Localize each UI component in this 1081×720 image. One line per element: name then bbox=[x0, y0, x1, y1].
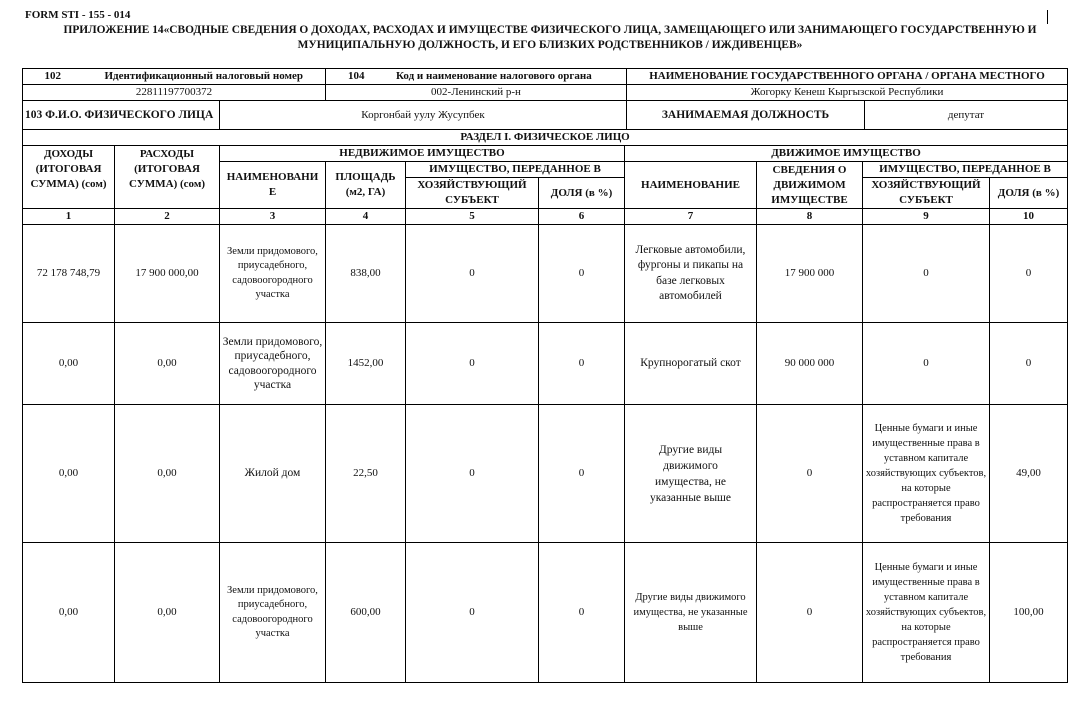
re-area-cell: 600,00 bbox=[326, 543, 406, 683]
header-mv-info: СВЕДЕНИЯ О ДВИЖИМОМ ИМУЩЕСТВЕ bbox=[757, 162, 863, 209]
header-movable: ДВИЖИМОЕ ИМУЩЕСТВО bbox=[625, 146, 1068, 162]
expenses-cell: 0,00 bbox=[115, 405, 220, 543]
mv-name-cell: Легковые автомобили, фургоны и пикапы на… bbox=[625, 225, 757, 323]
document-title-line-2: МУНИЦИПАЛЬНУЮ ДОЛЖНОСТЬ, И ЕГО БЛИЗКИХ Р… bbox=[30, 38, 1070, 53]
position-value: депутат bbox=[865, 101, 1068, 130]
column-number: 6 bbox=[539, 209, 625, 225]
mv-share-cell: 49,00 bbox=[990, 405, 1068, 543]
header-re-area: ПЛОЩАДЬ (м2, ГА) bbox=[326, 162, 406, 209]
re-entity-cell: 0 bbox=[406, 543, 539, 683]
header-mv-entity: ХОЗЯЙСТВУЮЩИЙ СУБЪЕКТ bbox=[863, 178, 990, 209]
re-area-cell: 22,50 bbox=[326, 405, 406, 543]
expenses-cell: 0,00 bbox=[115, 543, 220, 683]
form-code: FORM STI - 155 - 014 bbox=[25, 9, 130, 21]
expenses-cell: 0,00 bbox=[115, 323, 220, 405]
income-cell: 0,00 bbox=[23, 323, 115, 405]
mv-entity-cell: Ценные бумаги и иные имущественные права… bbox=[863, 405, 990, 543]
re-name-cell: Земли придомового, приусадебного, садово… bbox=[220, 323, 326, 405]
document-title: ПРИЛОЖЕНИЕ 14«СВОДНЫЕ СВЕДЕНИЯ О ДОХОДАХ… bbox=[30, 23, 1070, 53]
mv-info-cell: 0 bbox=[757, 405, 863, 543]
field-102-label: Идентификационный налоговый номер bbox=[83, 69, 326, 85]
header-real-estate: НЕДВИЖИМОЕ ИМУЩЕСТВО bbox=[220, 146, 625, 162]
column-number: 5 bbox=[406, 209, 539, 225]
re-share-cell: 0 bbox=[539, 225, 625, 323]
column-number: 8 bbox=[757, 209, 863, 225]
re-area-cell: 838,00 bbox=[326, 225, 406, 323]
table-row: 0,00 0,00 Земли придомового, приусадебно… bbox=[23, 323, 1068, 405]
mv-share-cell: 100,00 bbox=[990, 543, 1068, 683]
re-name-cell: Земли придомового, приусадебного, садово… bbox=[220, 543, 326, 683]
mv-info-cell: 17 900 000 bbox=[757, 225, 863, 323]
mv-entity-cell: 0 bbox=[863, 225, 990, 323]
page-edge-mark bbox=[1047, 10, 1048, 24]
organ-label: НАИМЕНОВАНИЕ ГОСУДАРСТВЕННОГО ОРГАНА / О… bbox=[627, 69, 1068, 85]
header-expenses: РАСХОДЫ (ИТОГОВАЯ СУММА) (сом) bbox=[115, 146, 220, 209]
header-income: ДОХОДЫ (ИТОГОВАЯ СУММА) (сом) bbox=[23, 146, 115, 209]
income-cell: 72 178 748,79 bbox=[23, 225, 115, 323]
re-share-cell: 0 bbox=[539, 323, 625, 405]
header-re-name: НАИМЕНОВАНИ Е bbox=[220, 162, 326, 209]
organ-value: Жогорку Кенеш Кыргызской Республики bbox=[627, 85, 1068, 101]
field-104-header: 104 Код и наименование налогового органа bbox=[326, 69, 627, 85]
column-number: 1 bbox=[23, 209, 115, 225]
header-mv-name: НАИМЕНОВАНИЕ bbox=[625, 162, 757, 209]
column-number: 7 bbox=[625, 209, 757, 225]
re-entity-cell: 0 bbox=[406, 323, 539, 405]
field-103-value: Коргонбай уулу Жусупбек bbox=[220, 101, 627, 130]
header-re-share: ДОЛЯ (в %) bbox=[539, 178, 625, 209]
field-102-value: 22811197700372 bbox=[23, 85, 326, 101]
field-104-code: 104 bbox=[348, 70, 365, 82]
column-number: 2 bbox=[115, 209, 220, 225]
field-103-label: 103 Ф.И.О. ФИЗИЧЕСКОГО ЛИЦА bbox=[23, 101, 220, 130]
column-number: 10 bbox=[990, 209, 1068, 225]
position-label: ЗАНИМАЕМАЯ ДОЛЖНОСТЬ bbox=[627, 101, 865, 130]
mv-name-cell: Другие виды движимого имущества, не указ… bbox=[625, 405, 757, 543]
column-number-row: 1 2 3 4 5 6 7 8 9 10 bbox=[23, 209, 1068, 225]
re-area-cell: 1452,00 bbox=[326, 323, 406, 405]
field-104-value: 002-Ленинский р-н bbox=[326, 85, 627, 101]
header-re-transferred: ИМУЩЕСТВО, ПЕРЕДАННОЕ В bbox=[406, 162, 625, 178]
mv-info-cell: 90 000 000 bbox=[757, 323, 863, 405]
field-102-code: 102 bbox=[23, 69, 83, 85]
mv-entity-cell: 0 bbox=[863, 323, 990, 405]
income-cell: 0,00 bbox=[23, 543, 115, 683]
re-name-cell: Земли придомового, приусадебного, садово… bbox=[220, 225, 326, 323]
column-number: 4 bbox=[326, 209, 406, 225]
mv-name-cell: Другие виды движимого имущества, не указ… bbox=[625, 543, 757, 683]
header-re-entity: ХОЗЯЙСТВУЮЩИЙ СУБЪЕКТ bbox=[406, 178, 539, 209]
mv-entity-cell: Ценные бумаги и иные имущественные права… bbox=[863, 543, 990, 683]
mv-share-cell: 0 bbox=[990, 323, 1068, 405]
table-row: 72 178 748,79 17 900 000,00 Земли придом… bbox=[23, 225, 1068, 323]
mv-name-cell: Крупнорогатый скот bbox=[625, 323, 757, 405]
mv-share-cell: 0 bbox=[990, 225, 1068, 323]
document-title-line-1: ПРИЛОЖЕНИЕ 14«СВОДНЫЕ СВЕДЕНИЯ О ДОХОДАХ… bbox=[30, 23, 1070, 38]
table-row: 0,00 0,00 Жилой дом 22,50 0 0 Другие вид… bbox=[23, 405, 1068, 543]
re-entity-cell: 0 bbox=[406, 405, 539, 543]
expenses-cell: 17 900 000,00 bbox=[115, 225, 220, 323]
re-entity-cell: 0 bbox=[406, 225, 539, 323]
mv-info-cell: 0 bbox=[757, 543, 863, 683]
header-mv-share: ДОЛЯ (в %) bbox=[990, 178, 1068, 209]
re-share-cell: 0 bbox=[539, 543, 625, 683]
column-number: 3 bbox=[220, 209, 326, 225]
re-name-cell: Жилой дом bbox=[220, 405, 326, 543]
income-cell: 0,00 bbox=[23, 405, 115, 543]
header-mv-transferred: ИМУЩЕСТВО, ПЕРЕДАННОЕ В bbox=[863, 162, 1068, 178]
section-title: РАЗДЕЛ I. ФИЗИЧЕСКОЕ ЛИЦО bbox=[23, 130, 1068, 146]
table-row: 0,00 0,00 Земли придомового, приусадебно… bbox=[23, 543, 1068, 683]
column-number: 9 bbox=[863, 209, 990, 225]
declaration-table: РАЗДЕЛ I. ФИЗИЧЕСКОЕ ЛИЦО ДОХОДЫ (ИТОГОВ… bbox=[22, 130, 1068, 683]
field-104-label: Код и наименование налогового органа bbox=[396, 70, 592, 82]
re-share-cell: 0 bbox=[539, 405, 625, 543]
